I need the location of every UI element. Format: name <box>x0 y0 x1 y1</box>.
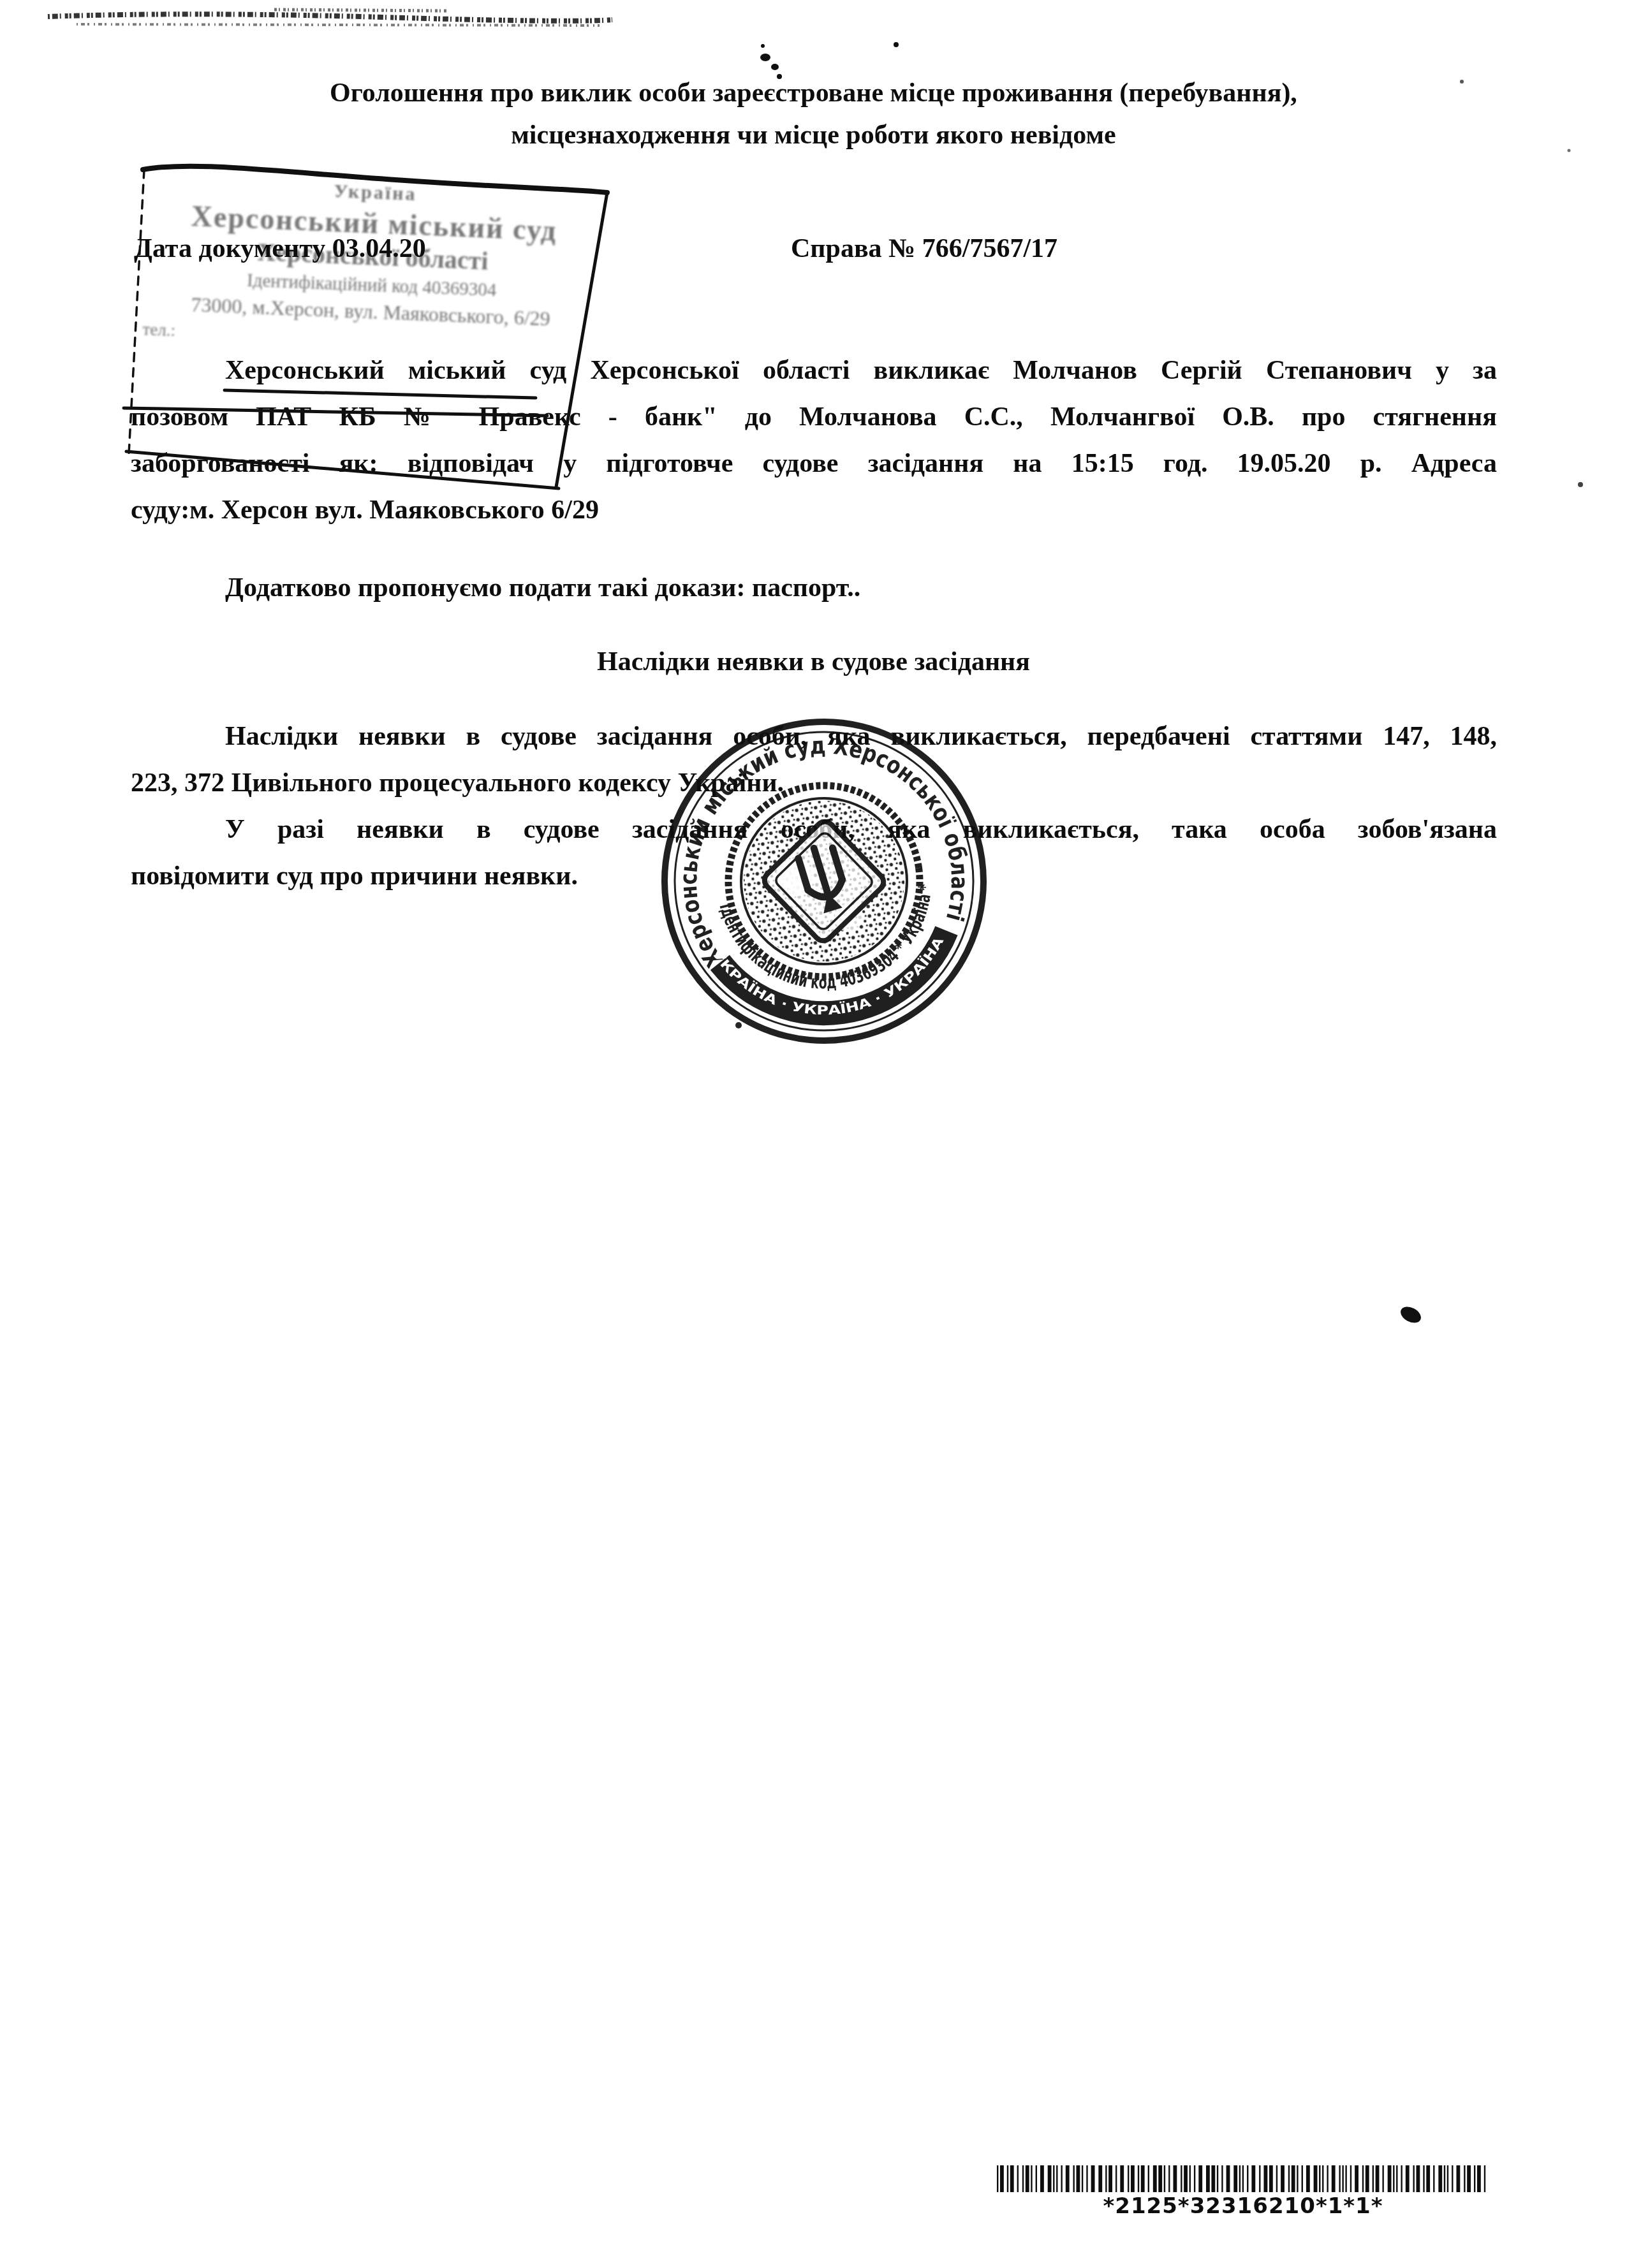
barcode-bars <box>997 2165 1485 2192</box>
case-number: Справа № 766/7567/17 <box>791 233 1057 265</box>
paragraph1-line2: позовом ПАТ КБ № Правекс - банк" до Молч… <box>131 402 1497 441</box>
seal-band-text: УКРАЇНА · УКРАЇНА · УКРАЇНА <box>709 916 955 1034</box>
paragraph1-line4: суду:м. Херсон вул. Маяковського 6/29 <box>131 495 1497 525</box>
paragraph1-line3: заборгованості як: відповідач у підготов… <box>131 449 1497 487</box>
date-line: Дата документу 03.04.20 <box>134 233 426 265</box>
barcode-text: *2125*32316210*1*1* <box>997 2193 1489 2219</box>
paragraph1-line1: Херсонський міський суд Херсонської обла… <box>131 356 1497 394</box>
scan-noise-band <box>48 10 612 26</box>
date-label: Дата документу <box>134 234 325 263</box>
barcode <box>997 2165 1485 2192</box>
date-value: 03.04.20 <box>332 234 426 263</box>
evidence-line: Додатково пропонуємо подати такі докази:… <box>225 573 860 604</box>
paragraph3-line1: У разі неявки в судове засідання особи, … <box>131 815 1497 853</box>
seal-bottom-band <box>720 931 956 1028</box>
paragraph2-line2: 223, 372 Цивільного процесуального кодек… <box>131 768 1497 798</box>
seal-inner-text: Ідентифікаційний код 40369304 * Україна … <box>715 874 948 1007</box>
section-heading: Наслідки неявки в судове засідання <box>0 647 1627 678</box>
paragraph2-line1: Наслідки неявки в судове засідання особи… <box>131 722 1497 760</box>
document-title-line-2: місцезнаходження чи місце роботи якого н… <box>0 120 1627 152</box>
ink-blot <box>1398 1303 1424 1326</box>
document-title-line-1: Оголошення про виклик особи зареєстрован… <box>0 78 1627 110</box>
document-page: Україна Херсонський міський суд Херсонсь… <box>0 0 1627 2268</box>
paragraph3-line2: повідомити суд про причини неявки. <box>131 861 1497 891</box>
